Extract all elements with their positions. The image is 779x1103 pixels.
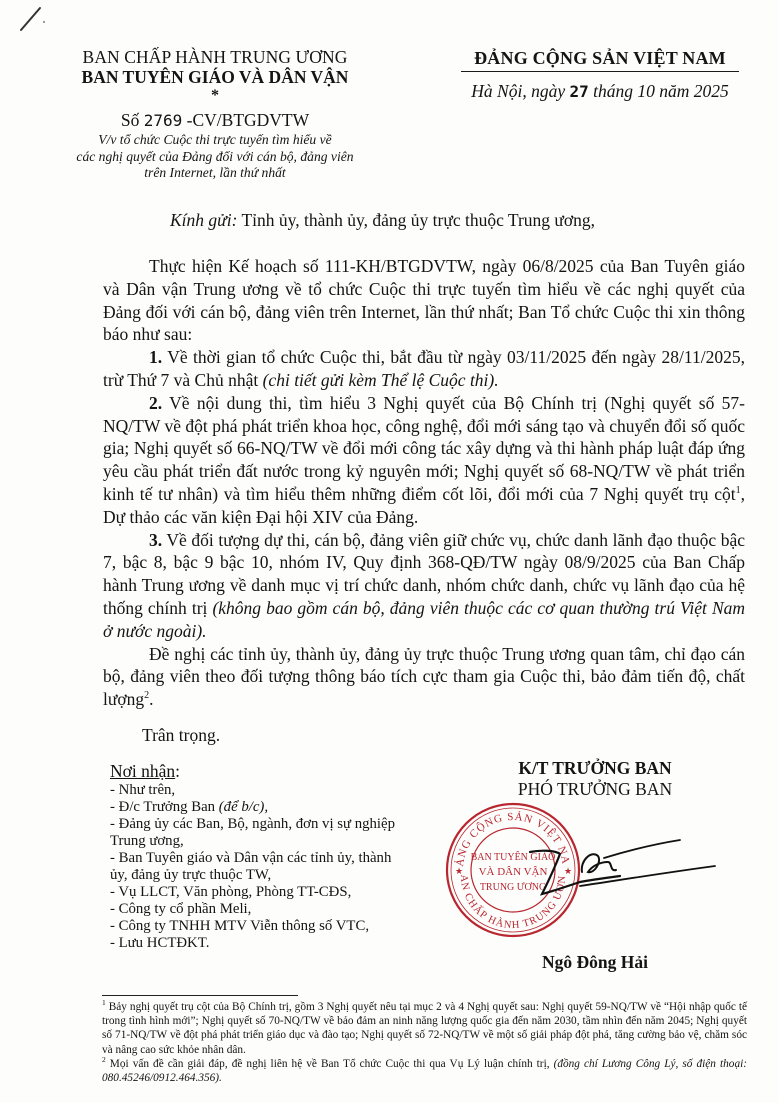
subject-line: trên Internet, lần thứ nhất <box>60 165 370 182</box>
request-text: Đề nghị các tỉnh ủy, thành ủy, đảng ủy t… <box>103 644 745 710</box>
salutation: Kính gửi: Tỉnh ủy, thành ủy, đảng ủy trự… <box>170 209 595 232</box>
star-separator: * <box>60 89 370 103</box>
pen-mark-icon <box>16 4 46 34</box>
doc-number-handwritten: 2769 <box>144 111 183 130</box>
recipient-item: - Như trên, <box>110 782 400 799</box>
date-suffix: tháng 10 năm 2025 <box>589 81 729 101</box>
item-number: 2. <box>149 393 162 413</box>
signer-authority: K/T TRƯỞNG BAN <box>470 758 720 779</box>
item-number: 3. <box>149 530 162 550</box>
footnotes: 1 Bảy nghị quyết trụ cột của Bộ Chính tr… <box>102 1000 747 1085</box>
signer-name: Ngô Đông Hải <box>470 952 720 973</box>
salutation-text: Tỉnh ủy, thành ủy, đảng ủy trực thuộc Tr… <box>237 210 595 230</box>
signature-block: K/T TRƯỞNG BAN PHÓ TRƯỞNG BAN Ngô Đông H… <box>470 758 720 800</box>
party-name: ĐẢNG CỘNG SẢN VIỆT NAM <box>450 47 750 69</box>
party-underline <box>461 71 739 72</box>
recipients-block: Nơi nhận: - Như trên, - Đ/c Trưởng Ban (… <box>110 760 400 952</box>
issuing-agency: BAN TUYÊN GIÁO VÀ DÂN VẬN <box>60 67 370 87</box>
party-header-block: ĐẢNG CỘNG SẢN VIỆT NAM Hà Nội, ngày 27 t… <box>450 47 750 103</box>
date-prefix: Hà Nội, ngày <box>471 81 569 101</box>
footnote-text: Bảy nghị quyết trụ cột của Bộ Chính trị,… <box>102 1001 747 1056</box>
svg-text:★: ★ <box>455 866 463 876</box>
item-number: 1. <box>149 347 162 367</box>
closing-remark: Trân trọng. <box>142 724 220 746</box>
issue-date: Hà Nội, ngày 27 tháng 10 năm 2025 <box>450 80 750 103</box>
item-2: 2. Về nội dung thi, tìm hiểu 3 Nghị quyế… <box>103 392 745 529</box>
recipients-colon: : <box>175 761 180 781</box>
subject-line: các nghị quyết của Đảng đối với cán bộ, … <box>60 149 370 166</box>
item-1: 1. Về thời gian tổ chức Cuộc thi, bắt đầ… <box>103 346 745 392</box>
recipient-item: - Đảng ủy các Ban, Bộ, ngành, đơn vị sự … <box>110 816 400 850</box>
signature-icon <box>520 832 720 912</box>
recipient-item: - Vụ LLCT, Văn phòng, Phòng TT-CĐS, <box>110 884 400 901</box>
request-end: . <box>149 689 153 709</box>
recipient-item: - Đ/c Trưởng Ban (để b/c), <box>110 799 400 816</box>
recipient-item: - Lưu HCTĐKT. <box>110 935 400 952</box>
item-note: (chi tiết gửi kèm Thể lệ Cuộc thi). <box>263 370 499 390</box>
recipients-title: Nơi nhận <box>110 761 175 781</box>
recipient-item: - Công ty TNHH MTV Viễn thông số VTC, <box>110 918 400 935</box>
request-paragraph: Đề nghị các tỉnh ủy, thành ủy, đảng ủy t… <box>103 643 745 711</box>
recipient-text: - Đ/c Trưởng Ban <box>110 799 219 815</box>
doc-number-suffix: -CV/BTGDVTW <box>182 110 309 130</box>
footnote-text: Mọi vấn đề cần giải đáp, đề nghị liên hệ… <box>106 1058 554 1070</box>
recipient-item: - Ban Tuyên giáo và Dân vận các tỉnh ủy,… <box>110 850 400 884</box>
doc-number-prefix: Số <box>121 110 144 130</box>
document-number: Số 2769 -CV/BTGDVTW <box>60 109 370 132</box>
subject-line: V/v tổ chức Cuộc thi trực tuyến tìm hiểu… <box>60 132 370 149</box>
salutation-label: Kính gửi: <box>170 210 237 230</box>
signer-position: PHÓ TRƯỞNG BAN <box>470 779 720 800</box>
document-page: BAN CHẤP HÀNH TRUNG ƯƠNG BAN TUYÊN GIÁO … <box>0 0 779 1103</box>
recipients-list: - Như trên, - Đ/c Trưởng Ban (để b/c), -… <box>110 782 400 952</box>
intro-paragraph: Thực hiện Kế hoạch số 111-KH/BTGDVTW, ng… <box>103 255 745 346</box>
letter-body: Thực hiện Kế hoạch số 111-KH/BTGDVTW, ng… <box>103 255 745 711</box>
recipient-item: - Công ty cổ phần Meli, <box>110 901 400 918</box>
issuing-agency-block: BAN CHẤP HÀNH TRUNG ƯƠNG BAN TUYÊN GIÁO … <box>60 47 370 182</box>
date-day-handwritten: 27 <box>569 82 588 101</box>
footnote-1: 1 Bảy nghị quyết trụ cột của Bộ Chính tr… <box>102 1000 747 1057</box>
item-text: Về nội dung thi, tìm hiểu 3 Nghị quyết c… <box>103 393 745 504</box>
item-3: 3. Về đối tượng dự thi, cán bộ, đảng viê… <box>103 529 745 643</box>
footnote-separator <box>102 995 298 996</box>
footnote-2: 2 Mọi vấn đề cần giải đáp, đề nghị liên … <box>102 1057 747 1085</box>
parent-agency: BAN CHẤP HÀNH TRUNG ƯƠNG <box>60 47 370 67</box>
recipient-note: (để b/c), <box>219 799 268 815</box>
